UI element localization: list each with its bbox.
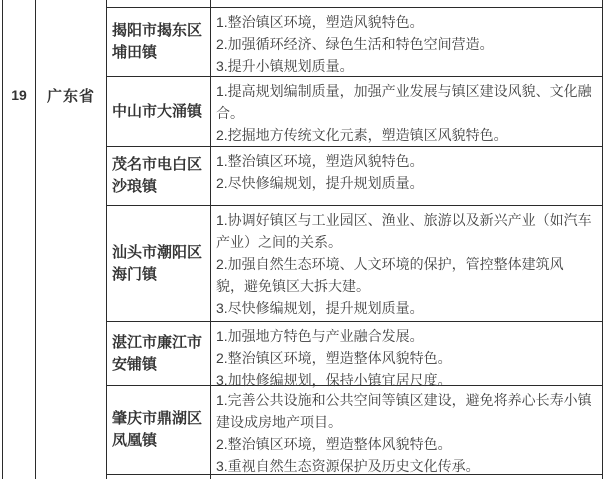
table-row: 汕头市潮阳区 海门镇 1.协调好镇区与工业园区、渔业、旅游以及新兴产业（如汽车 … — [107, 206, 602, 321]
remark-point: 2.整治镇区环境，塑造整体风貌特色。 — [216, 433, 602, 455]
remark-point: 3.重视自然生态资源保护及历史文化传承。 — [216, 455, 602, 477]
town-name: 中山市大涌镇 — [107, 77, 210, 146]
table-row: 湛江市廉江市 安铺镇 1.加强地方特色与产业融合发展。 2.整治镇区环境，塑造整… — [107, 322, 602, 385]
table-row: 肇庆市鼎湖区 凤凰镇 1.完善公共设施和公共空间等镇区建设，避免将养心长寿小镇 … — [107, 386, 602, 474]
province-name: 广东省 — [36, 84, 106, 106]
remarks-cell: 1.整治镇区环境，塑造风貌特色。 2.加强循环经济、绿色生活和特色空间营造。 3… — [211, 8, 602, 76]
column-divider-index-province — [35, 0, 36, 479]
remark-point: 1.完善公共设施和公共空间等镇区建设，避免将养心长寿小镇 建设成房地产项目。 — [216, 389, 602, 433]
remark-point: 2.挖掘地方传统文化元素，塑造镇区风貌特色。 — [216, 124, 602, 146]
town-name: 茂名市电白区 沙琅镇 — [107, 147, 210, 205]
document-table-page: 19 广东省 揭阳市揭东区 埔田镇 1.整治镇区环境，塑造风貌特色。 2.加强循… — [0, 0, 607, 479]
remark-point: 3.尽快修编规划，提升规划质量。 — [216, 297, 602, 319]
table-row: 中山市大涌镇 1.提高规划编制质量，加强产业发展与镇区建设风貌、文化融 合。 2… — [107, 77, 602, 146]
town-name: 湛江市廉江市 安铺镇 — [107, 322, 210, 385]
remark-point: 1.加强地方特色与产业融合发展。 — [216, 325, 602, 347]
remark-point: 1.整治镇区环境，塑造风貌特色。 — [216, 11, 602, 33]
remarks-cell: 1.完善公共设施和公共空间等镇区建设，避免将养心长寿小镇 建设成房地产项目。 2… — [211, 386, 602, 474]
town-name: 汕头市潮阳区 海门镇 — [107, 206, 210, 321]
row-index: 19 — [3, 84, 35, 106]
remark-point: 2.尽快修编规划，提升规划质量。 — [216, 172, 602, 194]
remark-point: 2.加强自然生态环境、人文环境的保护，管控整体建筑风 貌，避免镇区大拆大建。 — [216, 253, 602, 297]
remarks-cell: 1.加强地方特色与产业融合发展。 2.整治镇区环境，塑造整体风貌特色。 3.加快… — [211, 322, 602, 385]
remarks-cell: 1.整治镇区环境，塑造风貌特色。 2.尽快修编规划，提升规划质量。 — [211, 147, 602, 205]
table-row: 揭阳市揭东区 埔田镇 1.整治镇区环境，塑造风貌特色。 2.加强循环经济、绿色生… — [107, 8, 602, 76]
town-name: 肇庆市鼎湖区 凤凰镇 — [107, 386, 210, 474]
remark-point: 1.提高规划编制质量，加强产业发展与镇区建设风貌、文化融 合。 — [216, 80, 602, 124]
table-border-left — [2, 0, 3, 479]
town-name: 揭阳市揭东区 埔田镇 — [107, 8, 210, 76]
remarks-cell: 1.提高规划编制质量，加强产业发展与镇区建设风貌、文化融 合。 2.挖掘地方传统… — [211, 77, 602, 146]
remark-point: 3.提升小镇规划质量。 — [216, 55, 602, 77]
remark-point: 2.加强循环经济、绿色生活和特色空间营造。 — [216, 33, 602, 55]
remark-point: 2.整治镇区环境，塑造整体风貌特色。 — [216, 347, 602, 369]
table-row: 茂名市电白区 沙琅镇 1.整治镇区环境，塑造风貌特色。 2.尽快修编规划，提升规… — [107, 147, 602, 205]
remark-point: 1.整治镇区环境，塑造风貌特色。 — [216, 150, 602, 172]
remark-point: 1.协调好镇区与工业园区、渔业、旅游以及新兴产业（如汽车 产业）之间的关系。 — [216, 209, 602, 253]
table-border-right — [602, 0, 603, 479]
remarks-cell: 1.协调好镇区与工业园区、渔业、旅游以及新兴产业（如汽车 产业）之间的关系。 2… — [211, 206, 602, 321]
